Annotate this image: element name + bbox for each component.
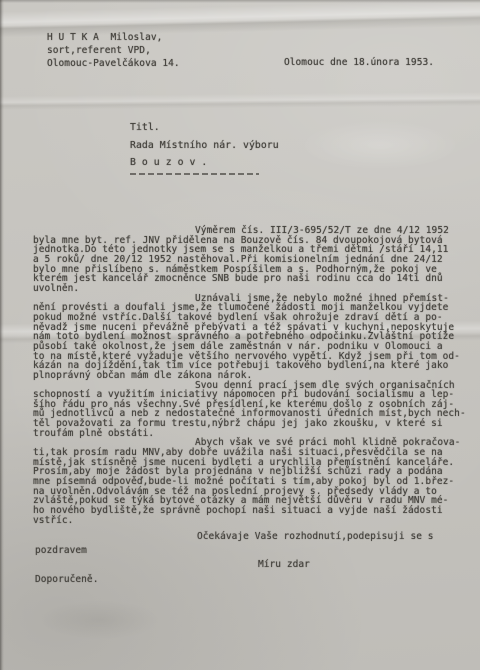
typewritten-content: H U T K A Miloslav, sort,referent VPD, O… [0, 0, 480, 670]
recipient-city: B o u z o v . [130, 158, 279, 168]
letter-page: H U T K A Miloslav, sort,referent VPD, O… [0, 0, 480, 670]
body-line: kterém jest kancelář zmocněnce SNB bude … [33, 274, 473, 284]
closing-await-line: Očekávaje Vaše rozhodnutí,podepisuji se … [197, 532, 434, 542]
date-line: Olomouc dne 18.února 1953. [284, 58, 434, 68]
recipient-organization: Rada Místního nár. výboru [130, 141, 279, 151]
sender-name: H U T K A Miloslav, [47, 31, 180, 44]
registered-mail-note: Doporučeně. [35, 575, 98, 585]
recipient-block: Titl. Rada Místního nár. výboru B o u z … [130, 123, 279, 175]
closing-greeting-line: pozdravem [35, 546, 87, 556]
sender-address: Olomouc-Pavelčákova 14. [47, 57, 180, 70]
signature-slogan: Míru zdar [258, 560, 310, 570]
recipient-salutation: Titl. [130, 123, 279, 133]
body-line: vstříc. [33, 516, 473, 526]
letter-body: Výměrem čís. III/3-695/52/T ze dne 4/12 … [33, 226, 473, 525]
sender-role: sort,referent VPD, [47, 44, 180, 57]
recipient-city-underline [130, 173, 259, 175]
sender-block: H U T K A Miloslav, sort,referent VPD, O… [47, 31, 180, 70]
body-line: ho nového bydliště,že správně pochopí na… [33, 506, 473, 516]
